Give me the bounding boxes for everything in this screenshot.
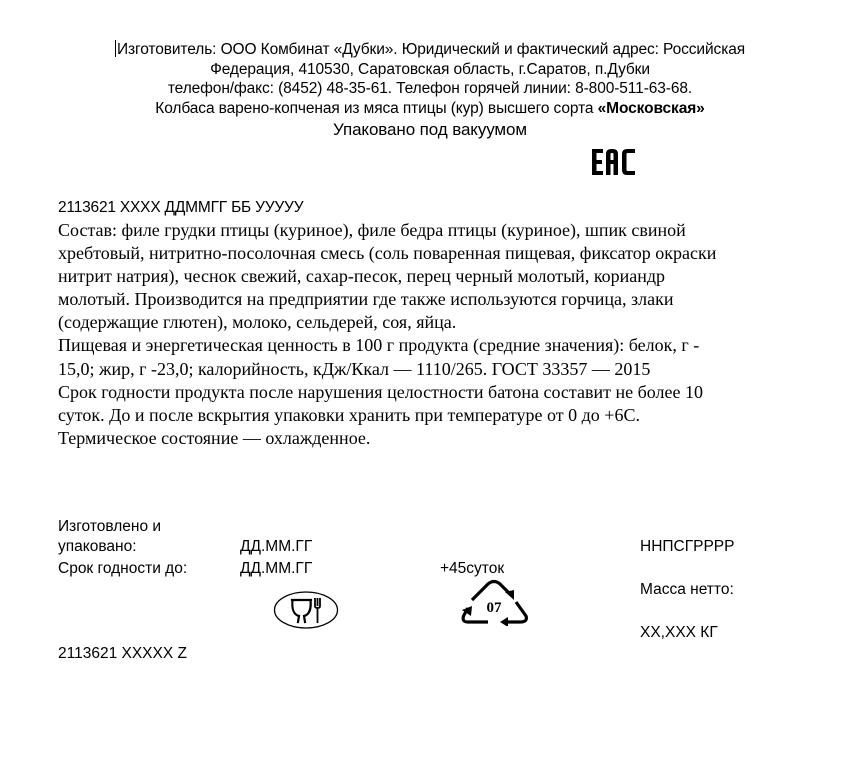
batch-code: 2113621 XXXX ДДММГГ ББ УУУУУ [58, 199, 303, 217]
text-cursor [115, 40, 116, 57]
net-weight-label: Масса нетто: [640, 581, 734, 599]
net-weight-value: XX,XXX КГ [640, 624, 718, 642]
text-line: Состав: филе грудки птицы (куриное), фил… [58, 219, 798, 242]
text-line: суток. До и после вскрытия упаковки хран… [58, 404, 798, 427]
manufacturer-line: Изготовитель: ООО Комбинат «Дубки». Юрид… [80, 40, 780, 60]
text-line: (содержащие глютен), молоко, сельдерей, … [58, 311, 798, 334]
text-line: молотый. Производится на предприятии где… [58, 288, 798, 311]
manufacturer-header: Изготовитель: ООО Комбинат «Дубки». Юрид… [80, 40, 780, 141]
lot-code: ННПСГРРРР [640, 538, 734, 556]
made-date: ДД.ММ.ГГ [240, 538, 312, 556]
text-line: Срок годности продукта после нарушения ц… [58, 381, 798, 404]
made-label-line2: упаковано: [58, 538, 137, 556]
packaging-note: Упаковано под вакуумом [80, 119, 780, 141]
text-line: нитрит натрия), чеснок свежий, сахар-пес… [58, 265, 798, 288]
made-label-line1: Изготовлено и [58, 518, 161, 536]
text-line: 15,0; жир, г -23,0; калорийность, кДж/Кк… [58, 358, 798, 381]
address-line: Федерация, 410530, Саратовская область, … [80, 60, 780, 80]
food-contact-icon [273, 590, 339, 630]
product-title: Колбаса варено-копченая из мяса птицы (к… [80, 99, 780, 119]
expiry-date: ДД.ММ.ГГ [240, 560, 312, 578]
text-line: хребтовый, нитритно-посолочная смесь (со… [58, 242, 798, 265]
recycle-icon: 07 [458, 578, 530, 626]
text-line: Пищевая и энергетическая ценность в 100 … [58, 334, 798, 357]
shelf-life: +45суток [440, 560, 504, 578]
eac-mark-icon [591, 148, 637, 176]
footer-code: 2113621 XXXXX Z [58, 645, 187, 663]
composition-text: Состав: филе грудки птицы (куриное), фил… [58, 219, 798, 450]
expiry-label: Срок годности до: [58, 560, 187, 578]
text-line: Термическое состояние — охлажденное. [58, 427, 798, 450]
recycle-code: 07 [487, 600, 503, 616]
product-name: «Московская» [598, 100, 705, 117]
phone-line: телефон/факс: (8452) 48-35-61. Телефон г… [80, 79, 780, 99]
